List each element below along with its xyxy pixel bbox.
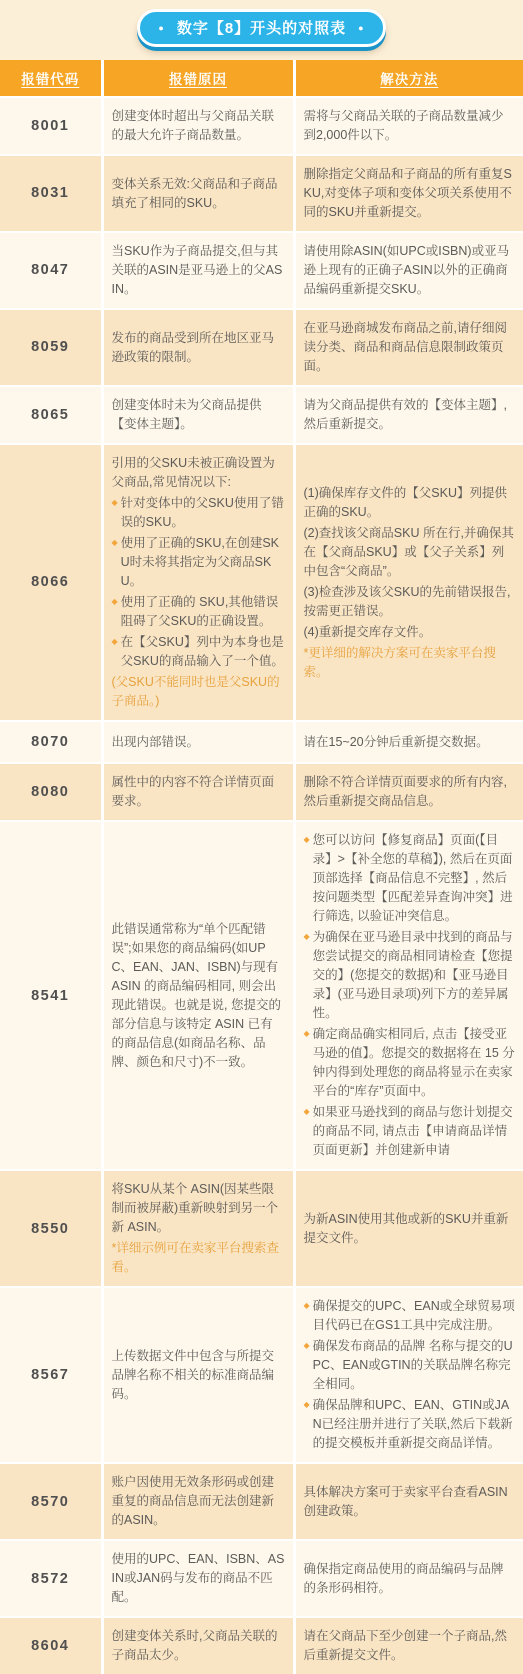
reason-cell: 将SKU从某个 ASIN(因某些限制而被屏蔽)重新映射到另一个新 ASIN。*详… — [102, 1170, 294, 1287]
cell-text: (3)检查涉及该父SKU的先前错误报告,按需更正错误。 — [304, 583, 516, 621]
cell-text: 将SKU从某个 ASIN(因某些限制而被屏蔽)重新映射到另一个新 ASIN。 — [112, 1180, 285, 1237]
cell-text: 删除不符合详情页面要求的所有内容,然后重新提交商品信息。 — [304, 773, 516, 811]
reason-cell: 上传数据文件中包含与所提交品牌名称不相关的标准商品编码。 — [102, 1287, 294, 1463]
error-code: 8570 — [0, 1463, 102, 1540]
table-row: 8604 创建变体关系时,父商品关联的子商品太少。 请在父商品下至少创建一个子商… — [0, 1617, 523, 1674]
table-header-row: 报错代码 报错原因 解决方法 — [0, 60, 523, 97]
solution-cell: 删除不符合详情页面要求的所有内容,然后重新提交商品信息。 — [294, 763, 523, 821]
bullet-item: ◆您可以访问【修复商品】页面(【目录】>【补全您的草稿】), 然后在页面顶部选择… — [304, 831, 516, 926]
reason-cell: 创建变体时超出与父商品关联的最大允许子商品数量。 — [102, 97, 294, 155]
cell-text: (2)查找该父商品SKU 所在行,并确保其在【父商品SKU】或【父子关系】列中包… — [304, 524, 516, 581]
column-header-code: 报错代码 — [0, 60, 102, 97]
table-row: 8570 账户因使用无效条形码或创建重复的商品信息而无法创建新的ASIN。 具体… — [0, 1463, 523, 1540]
error-code: 8572 — [0, 1540, 102, 1617]
cell-text: 创建变体时超出与父商品关联的最大允许子商品数量。 — [112, 107, 285, 145]
cell-text: 请在15~20分钟后重新提交数据。 — [304, 733, 516, 752]
bullet-text: 使用了正确的 SKU,其他错误阻碍了父SKU的正确设置。 — [121, 593, 285, 631]
error-code-table: 报错代码 报错原因 解决方法 8001 创建变体时超出与父商品关联的最大允许子商… — [0, 60, 523, 1674]
reason-cell: 引用的父SKU未被正确设置为父商品,常见情况以下:◆针对变体中的父SKU使用了错… — [102, 444, 294, 721]
column-header-solution: 解决方法 — [294, 60, 523, 97]
solution-cell: ◆您可以访问【修复商品】页面(【目录】>【补全您的草稿】), 然后在页面顶部选择… — [294, 821, 523, 1170]
bullet-marker-icon: ◆ — [304, 1396, 313, 1453]
column-header-reason: 报错原因 — [102, 60, 294, 97]
bullet-item: ◆确保品牌和UPC、EAN、GTIN或JAN已经注册并进行了关联,然后下载新的提… — [304, 1396, 516, 1453]
solution-cell: 在亚马逊商城发布商品之前,请仔细阅读分类、商品和商品信息限制政策页面。 — [294, 309, 523, 386]
cell-text: 删除指定父商品和子商品的所有重复SKU,对变体子项和变体父项关系使用不同的SKU… — [304, 165, 516, 222]
bullet-item: ◆使用了正确的 SKU,其他错误阻碍了父SKU的正确设置。 — [112, 593, 285, 631]
solution-cell: 需将与父商品关联的子商品数量减少到2,000件以下。 — [294, 97, 523, 155]
table-row: 8001 创建变体时超出与父商品关联的最大允许子商品数量。 需将与父商品关联的子… — [0, 97, 523, 155]
reason-cell: 创建变体时未为父商品提供【变体主题】。 — [102, 386, 294, 444]
bullet-marker-icon: ◆ — [304, 928, 313, 1023]
bullet-marker-icon: ◆ — [112, 633, 121, 671]
cell-text: (1)确保库存文件的【父SKU】列提供正确的SKU。 — [304, 484, 516, 522]
cell-text: 请为父商品提供有效的【变体主题】,然后重新提交。 — [304, 396, 516, 434]
cell-text: 在亚马逊商城发布商品之前,请仔细阅读分类、商品和商品信息限制政策页面。 — [304, 319, 516, 376]
error-code: 8031 — [0, 155, 102, 232]
error-code: 8065 — [0, 386, 102, 444]
cell-text: 发布的商品受到所在地区亚马逊政策的限制。 — [112, 329, 285, 367]
solution-cell: 请使用除ASIN(如UPC或ISBN)或亚马逊上现有的正确子ASIN以外的正确商… — [294, 232, 523, 309]
cell-text: 当SKU作为子商品提交,但与其关联的ASIN是亚马逊上的父ASIN。 — [112, 242, 285, 299]
bullet-text: 针对变体中的父SKU使用了错误的SKU。 — [121, 494, 285, 532]
solution-cell: 具体解决方案可于卖家平台查看ASIN创建政策。 — [294, 1463, 523, 1540]
solution-cell: 删除指定父商品和子商品的所有重复SKU,对变体子项和变体父项关系使用不同的SKU… — [294, 155, 523, 232]
error-code: 8070 — [0, 721, 102, 763]
error-code: 8604 — [0, 1617, 102, 1674]
reason-cell: 发布的商品受到所在地区亚马逊政策的限制。 — [102, 309, 294, 386]
error-code: 8066 — [0, 444, 102, 721]
bullet-item: ◆如果亚马逊找到的商品与您计划提交的商品不同, 请点击【申请商品详情页面更新】并… — [304, 1103, 516, 1160]
cell-text: 出现内部错误。 — [112, 733, 285, 752]
note-text: *更详细的解决方案可在卖家平台搜索。 — [304, 644, 516, 682]
bullet-marker-icon: ◆ — [304, 1297, 313, 1335]
bullet-item: ◆在【父SKU】列中为本身也是父SKU的商品输入了一个值。 — [112, 633, 285, 671]
bullet-text: 为确保在亚马逊目录中找到的商品与您尝试提交的商品相同请检查【您提交的】(您提交的… — [313, 928, 515, 1023]
error-code-reference-page: ● 数字【8】开头的对照表 ● 报错代码 报错原因 解决方法 8001 创建变体… — [0, 0, 523, 1674]
bullet-marker-icon: ◆ — [112, 593, 121, 631]
table-row: 8031 变体关系无效:父商品和子商品填充了相同的SKU。 删除指定父商品和子商… — [0, 155, 523, 232]
bullet-marker-icon: ◆ — [304, 1025, 313, 1101]
solution-cell: 确保指定商品使用的商品编码与品牌的条形码相符。 — [294, 1540, 523, 1617]
cell-text: 具体解决方案可于卖家平台查看ASIN创建政策。 — [304, 1483, 516, 1521]
bullet-text: 您可以访问【修复商品】页面(【目录】>【补全您的草稿】), 然后在页面顶部选择【… — [313, 831, 515, 926]
reason-cell: 属性中的内容不符合详情页面要求。 — [102, 763, 294, 821]
table-row: 8080 属性中的内容不符合详情页面要求。 删除不符合详情页面要求的所有内容,然… — [0, 763, 523, 821]
cell-text: 此错误通常称为“单个匹配错误”;如果您的商品编码(如UPC、EAN、JAN、IS… — [112, 920, 285, 1072]
solution-cell: ◆确保提交的UPC、EAN或全球贸易项目代码已在GS1工具中完成注册。◆确保发布… — [294, 1287, 523, 1463]
bullet-dot-icon: ● — [158, 24, 164, 33]
bullet-marker-icon: ◆ — [304, 831, 313, 926]
cell-text: 请使用除ASIN(如UPC或ISBN)或亚马逊上现有的正确子ASIN以外的正确商… — [304, 242, 516, 299]
bullet-item: ◆为确保在亚马逊目录中找到的商品与您尝试提交的商品相同请检查【您提交的】(您提交… — [304, 928, 516, 1023]
cell-text: 创建变体时未为父商品提供【变体主题】。 — [112, 396, 285, 434]
table-row: 8066 引用的父SKU未被正确设置为父商品,常见情况以下:◆针对变体中的父SK… — [0, 444, 523, 721]
note-text: *详细示例可在卖家平台搜索查看。 — [112, 1239, 285, 1277]
note-text: (父SKU不能同时也是父SKU的子商品。) — [112, 673, 285, 711]
error-code: 8001 — [0, 97, 102, 155]
cell-text: 上传数据文件中包含与所提交品牌名称不相关的标准商品编码。 — [112, 1347, 285, 1404]
bullet-marker-icon: ◆ — [112, 494, 121, 532]
table-row: 8059 发布的商品受到所在地区亚马逊政策的限制。 在亚马逊商城发布商品之前,请… — [0, 309, 523, 386]
cell-text: 使用的UPC、EAN、ISBN、ASIN或JAN码与发布的商品不匹配。 — [112, 1550, 285, 1607]
bullet-item: ◆针对变体中的父SKU使用了错误的SKU。 — [112, 494, 285, 532]
solution-cell: 请在15~20分钟后重新提交数据。 — [294, 721, 523, 763]
cell-text: 请在父商品下至少创建一个子商品,然后重新提交文件。 — [304, 1627, 516, 1665]
bullet-item: ◆确保提交的UPC、EAN或全球贸易项目代码已在GS1工具中完成注册。 — [304, 1297, 516, 1335]
error-code: 8567 — [0, 1287, 102, 1463]
cell-text: 为新ASIN使用其他或新的SKU并重新提交文件。 — [304, 1210, 516, 1248]
bullet-item: ◆确保发布商品的品牌 名称与提交的UPC、EAN或GTIN的关联品牌名称完全相同… — [304, 1337, 516, 1394]
cell-text: 账户因使用无效条形码或创建重复的商品信息而无法创建新的ASIN。 — [112, 1473, 285, 1530]
error-code: 8541 — [0, 821, 102, 1170]
reason-cell: 出现内部错误。 — [102, 721, 294, 763]
reason-cell: 变体关系无效:父商品和子商品填充了相同的SKU。 — [102, 155, 294, 232]
bullet-text: 如果亚马逊找到的商品与您计划提交的商品不同, 请点击【申请商品详情页面更新】并创… — [313, 1103, 515, 1160]
cell-text: 确保指定商品使用的商品编码与品牌的条形码相符。 — [304, 1560, 516, 1598]
reason-cell: 账户因使用无效条形码或创建重复的商品信息而无法创建新的ASIN。 — [102, 1463, 294, 1540]
reason-cell: 此错误通常称为“单个匹配错误”;如果您的商品编码(如UPC、EAN、JAN、IS… — [102, 821, 294, 1170]
page-header: ● 数字【8】开头的对照表 ● — [0, 0, 523, 60]
error-code: 8059 — [0, 309, 102, 386]
bullet-text: 确保品牌和UPC、EAN、GTIN或JAN已经注册并进行了关联,然后下载新的提交… — [313, 1396, 515, 1453]
bullet-item: ◆使用了正确的SKU,在创建SKU时未将其指定为父商品SKU。 — [112, 534, 285, 591]
cell-text: 需将与父商品关联的子商品数量减少到2,000件以下。 — [304, 107, 516, 145]
table-row: 8065 创建变体时未为父商品提供【变体主题】。 请为父商品提供有效的【变体主题… — [0, 386, 523, 444]
bullet-marker-icon: ◆ — [304, 1337, 313, 1394]
reason-cell: 当SKU作为子商品提交,但与其关联的ASIN是亚马逊上的父ASIN。 — [102, 232, 294, 309]
solution-cell: 为新ASIN使用其他或新的SKU并重新提交文件。 — [294, 1170, 523, 1287]
cell-text: 变体关系无效:父商品和子商品填充了相同的SKU。 — [112, 175, 285, 213]
bullet-text: 使用了正确的SKU,在创建SKU时未将其指定为父商品SKU。 — [121, 534, 285, 591]
page-title: 数字【8】开头的对照表 — [177, 17, 346, 38]
error-code: 8047 — [0, 232, 102, 309]
table-row: 8541 此错误通常称为“单个匹配错误”;如果您的商品编码(如UPC、EAN、J… — [0, 821, 523, 1170]
table-row: 8567 上传数据文件中包含与所提交品牌名称不相关的标准商品编码。 ◆确保提交的… — [0, 1287, 523, 1463]
bullet-dot-icon: ● — [358, 24, 364, 33]
solution-cell: 请在父商品下至少创建一个子商品,然后重新提交文件。 — [294, 1617, 523, 1674]
bullet-marker-icon: ◆ — [304, 1103, 313, 1160]
bullet-marker-icon: ◆ — [112, 534, 121, 591]
solution-cell: (1)确保库存文件的【父SKU】列提供正确的SKU。(2)查找该父商品SKU 所… — [294, 444, 523, 721]
bullet-text: 确定商品确实相同后, 点击【接受亚马逊的值】。您提交的数据将在 15 分钟内得到… — [313, 1025, 515, 1101]
bullet-text: 在【父SKU】列中为本身也是父SKU的商品输入了一个值。 — [121, 633, 285, 671]
table-row: 8572 使用的UPC、EAN、ISBN、ASIN或JAN码与发布的商品不匹配。… — [0, 1540, 523, 1617]
bullet-text: 确保提交的UPC、EAN或全球贸易项目代码已在GS1工具中完成注册。 — [313, 1297, 515, 1335]
cell-text: 创建变体关系时,父商品关联的子商品太少。 — [112, 1627, 285, 1665]
reason-cell: 创建变体关系时,父商品关联的子商品太少。 — [102, 1617, 294, 1674]
cell-text: 引用的父SKU未被正确设置为父商品,常见情况以下: — [112, 454, 285, 492]
bullet-text: 确保发布商品的品牌 名称与提交的UPC、EAN或GTIN的关联品牌名称完全相同。 — [313, 1337, 515, 1394]
bullet-item: ◆确定商品确实相同后, 点击【接受亚马逊的值】。您提交的数据将在 15 分钟内得… — [304, 1025, 516, 1101]
table-row: 8047 当SKU作为子商品提交,但与其关联的ASIN是亚马逊上的父ASIN。 … — [0, 232, 523, 309]
cell-text: 属性中的内容不符合详情页面要求。 — [112, 773, 285, 811]
solution-cell: 请为父商品提供有效的【变体主题】,然后重新提交。 — [294, 386, 523, 444]
cell-text: (4)重新提交库存文件。 — [304, 623, 516, 642]
table-row: 8070 出现内部错误。 请在15~20分钟后重新提交数据。 — [0, 721, 523, 763]
error-code: 8080 — [0, 763, 102, 821]
table-row: 8550 将SKU从某个 ASIN(因某些限制而被屏蔽)重新映射到另一个新 AS… — [0, 1170, 523, 1287]
page-title-pill: ● 数字【8】开头的对照表 ● — [137, 9, 385, 47]
error-code: 8550 — [0, 1170, 102, 1287]
reason-cell: 使用的UPC、EAN、ISBN、ASIN或JAN码与发布的商品不匹配。 — [102, 1540, 294, 1617]
